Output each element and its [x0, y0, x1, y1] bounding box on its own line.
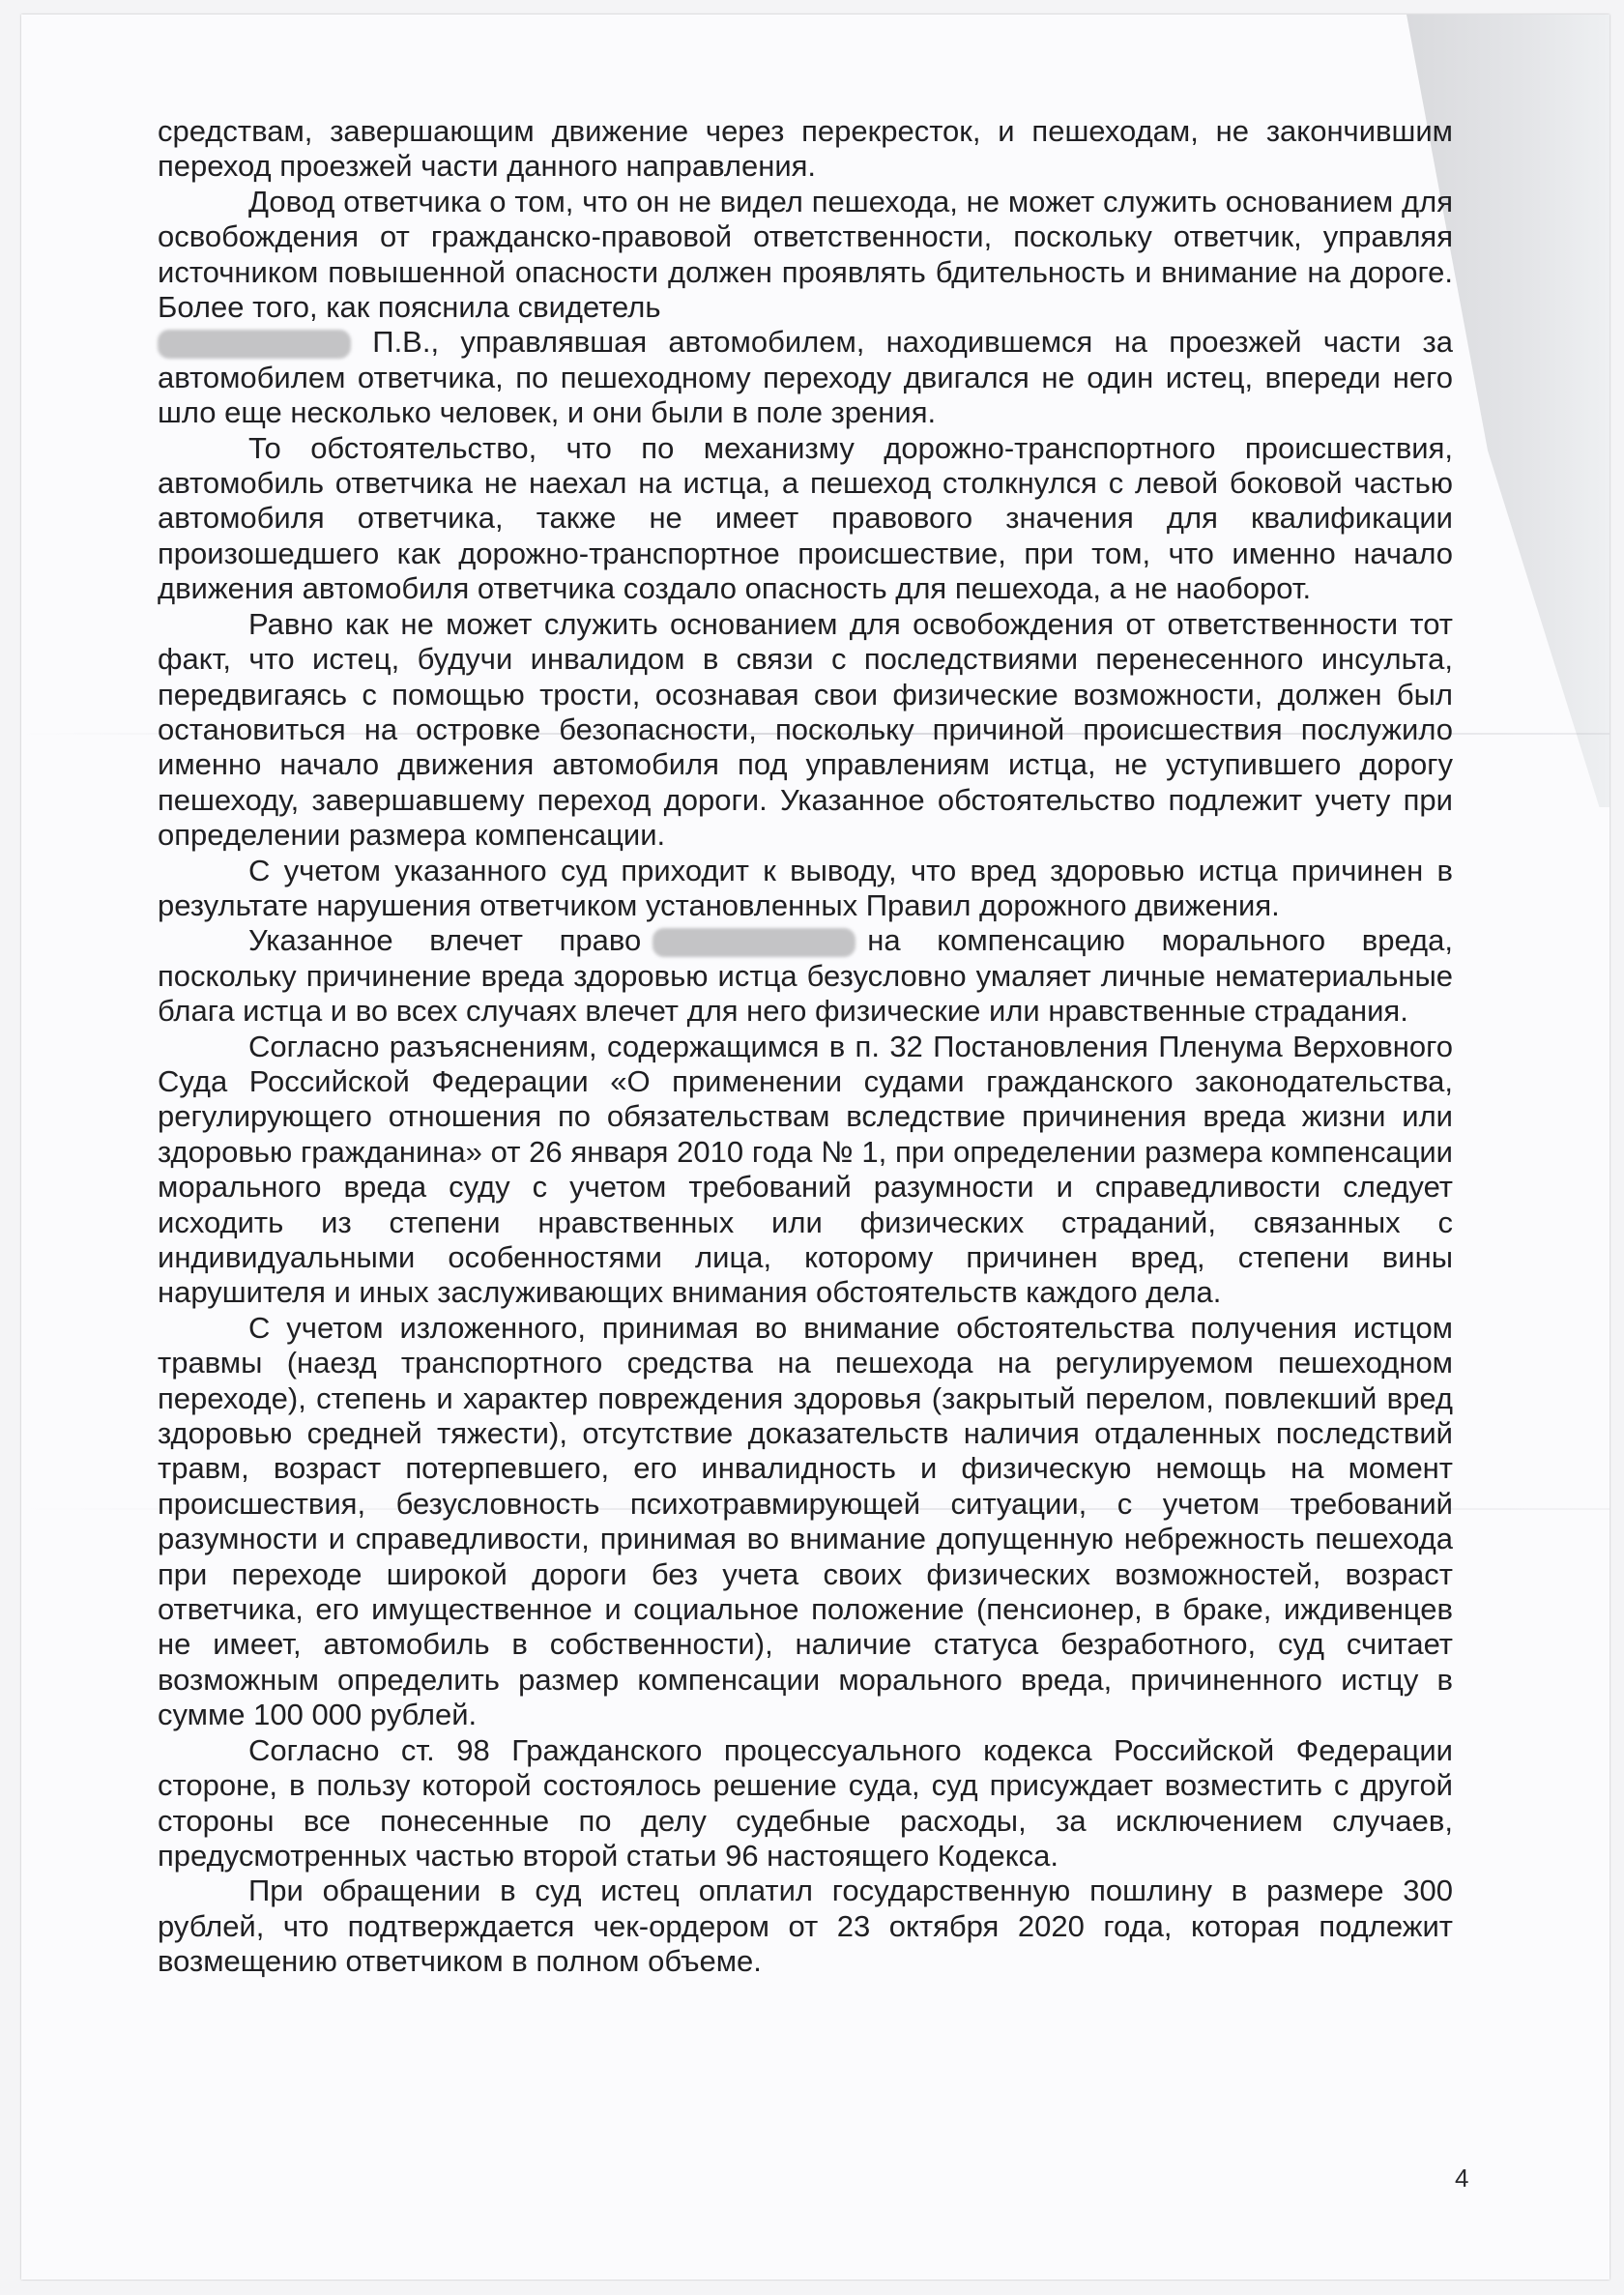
paragraph: Согласно ст. 98 Гражданского процессуаль…	[158, 1733, 1453, 1874]
paragraph-text: Указанное влечет право	[248, 923, 641, 957]
paragraph: Равно как не может служить основанием дл…	[158, 607, 1453, 854]
paragraph: С учетом изложенного, принимая во вниман…	[158, 1311, 1453, 1733]
paragraph: Довод ответчика о том, что он не видел п…	[158, 185, 1453, 431]
redacted-name	[652, 928, 855, 957]
paragraph-text: Довод ответчика о том, что он не видел п…	[158, 185, 1453, 324]
page-number: 4	[1455, 2164, 1468, 2193]
paragraph: Указанное влечет правона компенсацию мор…	[158, 923, 1453, 1029]
paragraph: С учетом указанного суд приходит к вывод…	[158, 854, 1453, 924]
paragraph: То обстоятельство, что по механизму доро…	[158, 431, 1453, 607]
paragraph: При обращении в суд истец оплатил госуда…	[158, 1874, 1453, 1979]
paragraph-text: П.В., управлявшая автомобилем, находивше…	[158, 325, 1453, 429]
paragraph: средствам, завершающим движение через пе…	[158, 114, 1453, 185]
paragraph: Согласно разъяснениям, содержащимся в п.…	[158, 1030, 1453, 1311]
document-body: средствам, завершающим движение через пе…	[158, 114, 1453, 1980]
redacted-name	[158, 330, 351, 359]
